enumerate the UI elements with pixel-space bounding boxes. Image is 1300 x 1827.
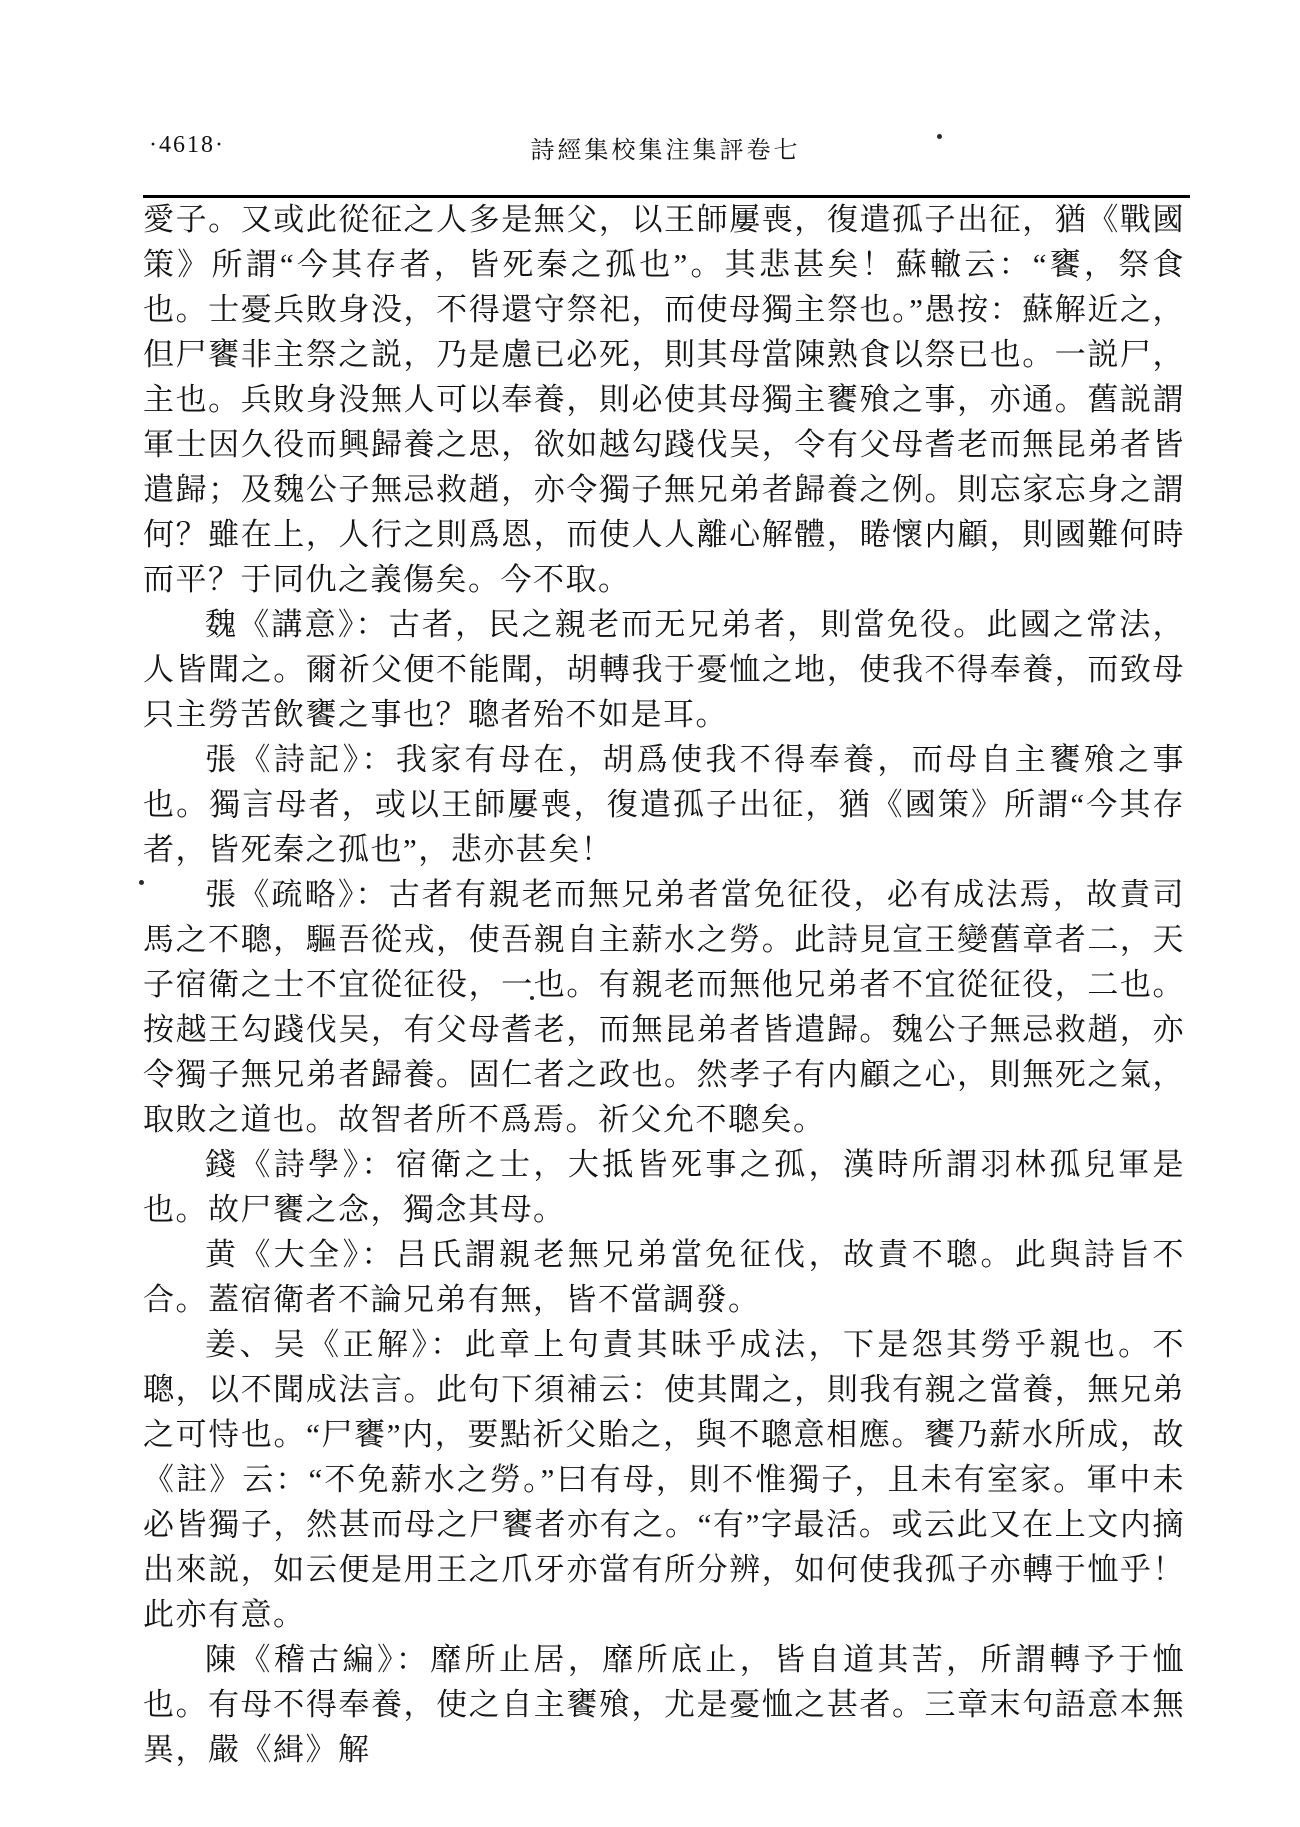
paragraph-continuation: 愛子。又或此從征之人多是無父，以王師屢喪，復遣孤子出征，猶《戰國策》所謂“今其存… [143, 197, 1185, 602]
paragraph-huang-daquan: 黄《大全》：吕氏謂親老無兄弟當免征伐，故責不聰。此與詩旨不合。蓋宿衛者不論兄弟有… [143, 1232, 1185, 1322]
paragraph-jiang-wu-zhengjie: 姜、吴《正解》：此章上句責其昧乎成法，下是怨其勞乎親也。不聰，以不聞成法言。此句… [143, 1322, 1185, 1637]
page-body: 愛子。又或此從征之人多是無父，以王師屢喪，復遣孤子出征，猶《戰國策》所謂“今其存… [143, 197, 1185, 1772]
page-header: ·4618· 詩經集校集注集評卷七 [143, 126, 1188, 166]
paragraph-wei-jiangyi: 魏《講意》：古者，民之親老而无兄弟者，則當免役。此國之常法，人皆聞之。爾祈父便不… [143, 602, 1185, 737]
running-title: 詩經集校集注集評卷七 [143, 130, 1188, 165]
scanned-book-page: ·4618· 詩經集校集注集評卷七 愛子。又或此從征之人多是無父，以王師屢喪，復… [0, 0, 1300, 1827]
paragraph-chen-jigubian: 陳《稽古編》：靡所止居，靡所底止，皆自道其苦，所謂轉予于恤也。有母不得奉養，使之… [143, 1637, 1185, 1772]
paragraph-qian-shixue: 錢《詩學》：宿衛之士，大抵皆死事之孤，漢時所謂羽林孤兒軍是也。故尸饔之念，獨念其… [143, 1142, 1185, 1232]
ink-speck [937, 134, 942, 139]
paragraph-zhang-shulue: 張《疏略》：古者有親老而無兄弟者當免征役，必有成法焉，故責司馬之不聰，驅吾從戎，… [143, 872, 1185, 1142]
paragraph-zhang-shiji: 張《詩記》：我家有母在，胡爲使我不得奉養，而母自主饔飱之事也。獨言母者，或以王師… [143, 737, 1185, 872]
